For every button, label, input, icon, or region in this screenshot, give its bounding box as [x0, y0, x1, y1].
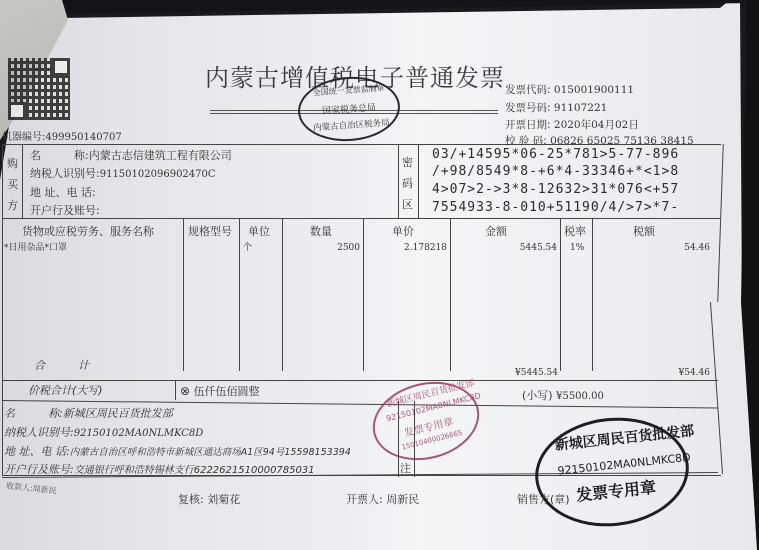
total-amount: ¥5445.54 — [470, 368, 558, 378]
reviewer-value: 刘菊花 — [207, 493, 240, 506]
cipher-side-char: 密 — [402, 152, 413, 173]
col-divider — [183, 218, 184, 371]
buyer-side-label: 购 买 方 — [7, 153, 18, 216]
seller-tax-id-label: 纳税人识别号: — [4, 426, 74, 439]
buyer-tax-id-value: 91150102096902470C — [100, 169, 216, 180]
buyer-items-divider — [2, 218, 720, 219]
cipher-side-char: 区 — [402, 194, 413, 215]
seller-tax-id: 纳税人识别号:92150102MA0NLMKC8D — [4, 424, 203, 440]
item-qty: 2500 — [318, 243, 360, 253]
cipher-side-char: 码 — [402, 173, 413, 194]
seller-name: 名 称:新城区周民百货批发部 — [4, 405, 173, 421]
reviewer-label: 复核: — [178, 493, 204, 506]
col-divider — [282, 218, 283, 371]
col-divider — [592, 218, 593, 371]
cipher-divider-left — [398, 144, 399, 218]
grand-total-divider — [175, 380, 176, 400]
black-seal-top: 新城区周民百货批发部 — [554, 420, 695, 455]
buyer-side-char: 方 — [7, 195, 18, 216]
grand-total-lower: (小写) ¥5500.00 — [522, 387, 604, 403]
machine-no: 机器编号:499950140707 — [2, 128, 122, 143]
grand-total-label: 价税合计(大写) — [28, 382, 103, 398]
issuer-value: 周新民 — [386, 493, 419, 506]
seller-tax-id-value: 92150102MA0NLMKC8D — [74, 428, 204, 439]
invoice-date: 开票日期: 2020年04月02日 — [505, 117, 639, 132]
seller-address: 地 址、电 话:内蒙古自治区呼和浩特市新城区通达商场A1区94号15598153… — [4, 443, 351, 459]
buyer-name-value: 内蒙古志信建筑工程有限公司 — [89, 149, 232, 162]
header-qty: 数量 — [310, 223, 332, 239]
total-tax: ¥54.46 — [600, 368, 710, 378]
grand-total-lower-label: (小写) — [522, 389, 553, 402]
item-unit: 个 — [243, 240, 252, 253]
black-seal-id: 92150102MA0NLMKC8D — [557, 451, 691, 478]
cipher-side-label: 密 码 区 — [402, 152, 413, 215]
item-name: *日用杂品*口罩 — [4, 240, 67, 253]
grand-total-upper-value: 伍仟伍佰圆整 — [194, 385, 260, 398]
invoice-code: 发票代码: 015001900111 — [505, 82, 634, 97]
header-tax-rate: 税率 — [564, 223, 586, 239]
seller-bank-label: 开户行及账号: — [4, 463, 74, 476]
header-tax-amount: 税额 — [633, 223, 655, 239]
buyer-side-char: 买 — [7, 174, 18, 195]
item-tax-amount: 54.46 — [600, 243, 710, 253]
black-seal-text: 发票专用章 — [575, 475, 657, 506]
cipher-divider-right — [418, 144, 419, 218]
invoice-date-label: 开票日期: — [505, 119, 551, 131]
header-price: 单价 — [392, 223, 414, 239]
cipher-line: 4>07>2->3*8-12632>31*076<+57 — [432, 182, 679, 197]
buyer-name-label: 名 称: — [30, 149, 89, 162]
buyer-bank-label: 开户行及账号: — [30, 204, 100, 217]
item-price: 2.178218 — [380, 243, 447, 253]
issuer-label: 开票人: — [346, 493, 383, 506]
seller-address-label: 地 址、电 话: — [4, 445, 70, 458]
buyer-divider — [22, 144, 23, 218]
buyer-tax-id-label: 纳税人识别号: — [30, 167, 100, 180]
seller-address-value: 内蒙古自治区呼和浩特市新城区通达商场A1区94号15598153394 — [70, 447, 351, 458]
header-amount: 金额 — [485, 223, 507, 239]
col-divider — [450, 218, 451, 371]
invoice-code-label: 发票代码: — [505, 84, 551, 96]
cipher-line: 7554933-8-010+51190/4/>7>*7- — [432, 200, 679, 215]
total-label: 合 计 — [34, 357, 89, 373]
header-spec: 规格型号 — [188, 223, 232, 239]
col-divider — [560, 218, 561, 371]
seller-seal-label: 销售方(章) — [517, 491, 570, 507]
buyer-bank: 开户行及账号: — [30, 202, 100, 218]
invoice-number: 发票号码: 91107221 — [505, 100, 607, 115]
item-amount: 5445.54 — [470, 243, 557, 253]
tax-seal-middle: 国家税务总局 — [322, 100, 377, 117]
reviewer: 复核: 刘菊花 — [178, 491, 240, 507]
grand-total-upper: ⊗ 伍仟伍佰圆整 — [180, 383, 260, 399]
cipher-line: /+98/8549*8-+6*4-33346+*<1>8 — [432, 164, 679, 179]
buyer-side-char: 购 — [7, 153, 18, 174]
invoice-code-value: 015001900111 — [554, 84, 634, 96]
buyer-tax-id: 纳税人识别号:91150102096902470C — [30, 165, 216, 181]
payee-label: 收款人: — [6, 481, 33, 493]
header-goods-name: 货物或应税劳务、服务名称 — [22, 223, 154, 239]
invoice-date-value: 2020年04月02日 — [554, 119, 639, 131]
invoice-number-value: 91107221 — [554, 102, 607, 114]
tax-seal-bottom: 内蒙古自治区税务局 — [313, 116, 390, 133]
qr-code — [8, 58, 70, 120]
issuer: 开票人: 周新民 — [346, 491, 419, 507]
buyer-address-label: 地 址、电 话: — [30, 186, 96, 199]
col-divider — [239, 218, 240, 371]
circled-x-icon: ⊗ — [180, 384, 190, 398]
seller-name-label: 名 称: — [4, 407, 63, 420]
payee-value: 周新民 — [32, 484, 57, 495]
col-divider — [363, 218, 364, 371]
item-tax-rate: 1% — [570, 243, 584, 253]
buyer-name: 名 称:内蒙古志信建筑工程有限公司 — [30, 147, 232, 163]
grand-total-lower-value: ¥5500.00 — [556, 391, 604, 402]
machine-no-label: 机器编号: — [2, 132, 45, 143]
cipher-line: 03/+14595*06-25*781>5-77-896 — [432, 147, 679, 162]
invoice-number-label: 发票号码: — [505, 102, 551, 114]
total-divider — [2, 380, 718, 381]
buyer-address: 地 址、电 话: — [30, 184, 96, 200]
header-unit: 单位 — [248, 223, 270, 239]
machine-no-value: 499950140707 — [45, 132, 121, 143]
seller-name-value: 新城区周民百货批发部 — [63, 407, 173, 420]
tax-seal-top: 全国统一发票监制章 — [312, 82, 385, 98]
